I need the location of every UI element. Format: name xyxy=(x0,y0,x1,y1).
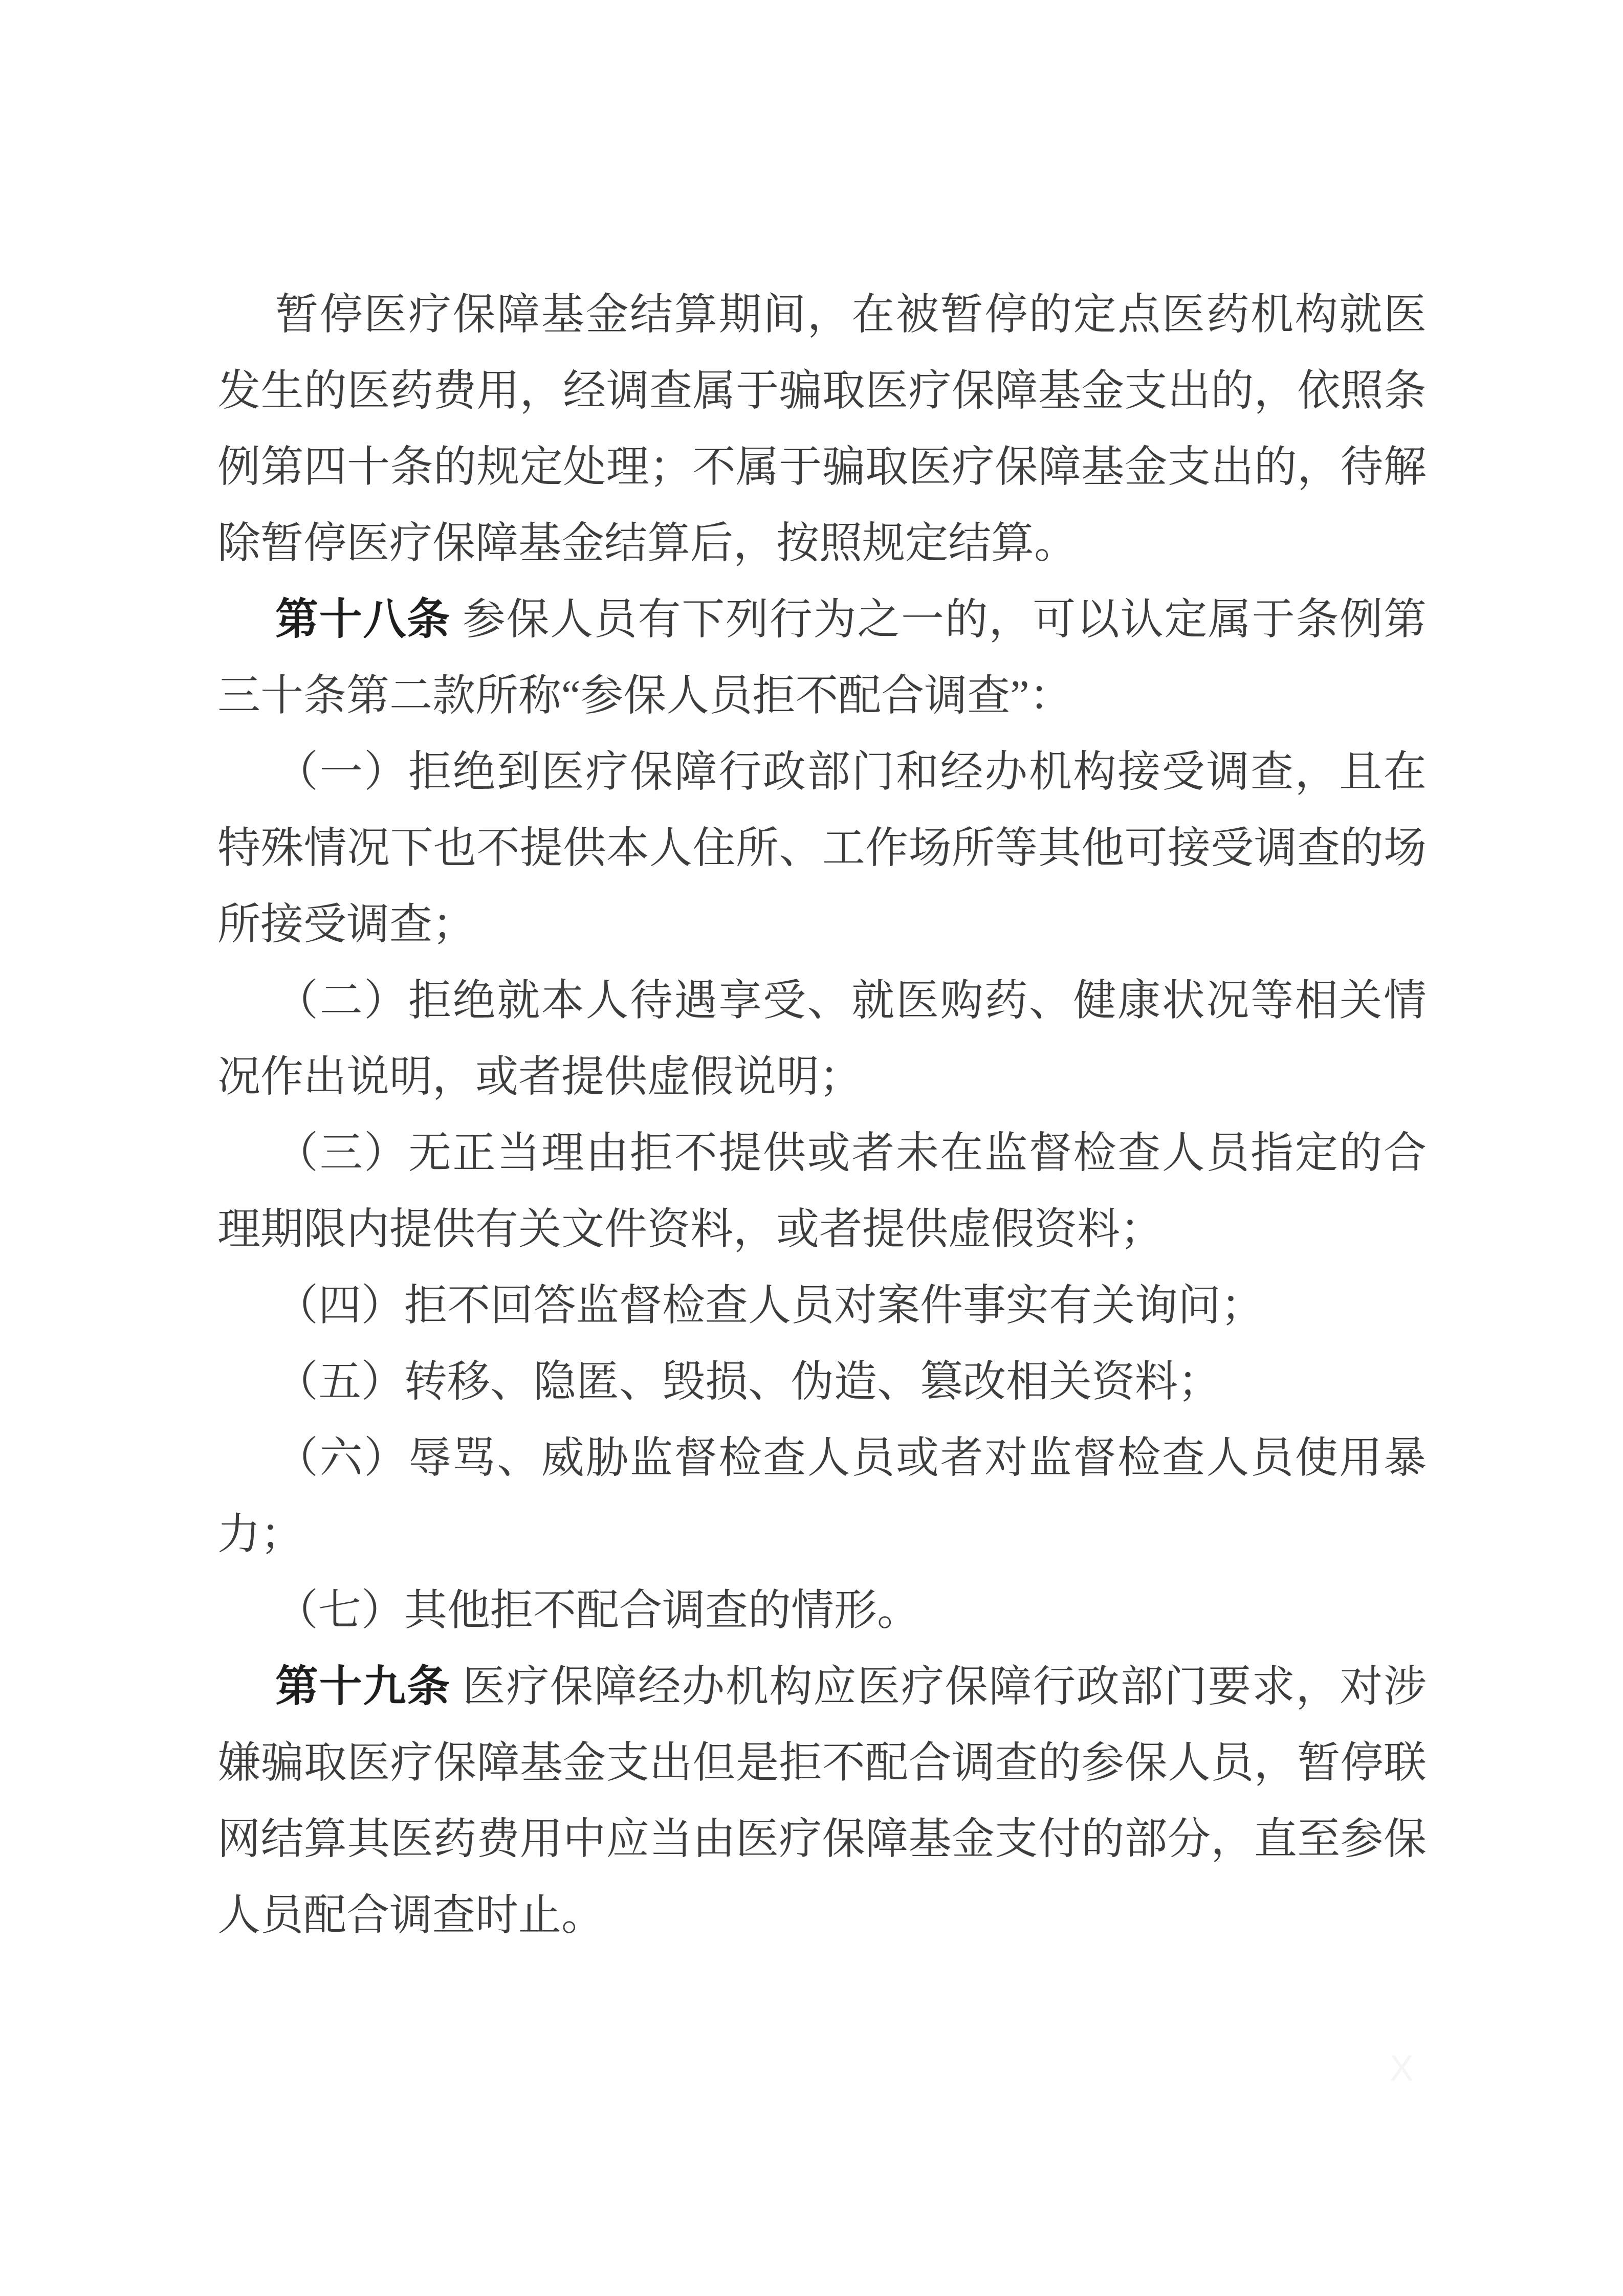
text-line: 例第四十条的规定处理；不属于骗取医疗保障基金支出的，待解 xyxy=(217,429,1427,505)
line-text: 参保人员有下列行为之一的，可以认定属于条例第 xyxy=(451,596,1427,644)
text-line: 三十条第二款所称“参保人员拒不配合调查”： xyxy=(217,658,1427,734)
text-line: （一）拒绝到医疗保障行政部门和经办机构接受调查，且在 xyxy=(217,734,1427,810)
text-line: 第十九条 医疗保障经办机构应医疗保障行政部门要求，对涉 xyxy=(217,1649,1427,1725)
text-line: 人员配合调查时止。 xyxy=(217,1878,1427,1954)
document-body: 暂停医疗保障基金结算期间，在被暂停的定点医药机构就医 发生的医药费用，经调查属于… xyxy=(217,277,1427,1954)
text-line: （三）无正当理由拒不提供或者未在监督检查人员指定的合 xyxy=(217,1115,1427,1191)
text-line: 除暂停医疗保障基金结算后，按照规定结算。 xyxy=(217,505,1427,582)
text-line: （二）拒绝就本人待遇享受、就医购药、健康状况等相关情 xyxy=(217,963,1427,1039)
text-line: 第十八条 参保人员有下列行为之一的，可以认定属于条例第 xyxy=(217,582,1427,658)
watermark-x: X xyxy=(1390,2050,1414,2086)
text-line: 暂停医疗保障基金结算期间，在被暂停的定点医药机构就医 xyxy=(217,277,1427,353)
text-line: 所接受调查； xyxy=(217,887,1427,963)
text-line: 况作出说明，或者提供虚假说明； xyxy=(217,1039,1427,1115)
text-line: 理期限内提供有关文件资料，或者提供虚假资料； xyxy=(217,1191,1427,1268)
article-number-18: 第十八条 xyxy=(275,596,451,644)
text-line: 力； xyxy=(217,1496,1427,1573)
line-text: 医疗保障经办机构应医疗保障行政部门要求，对涉 xyxy=(451,1663,1427,1711)
text-line: （四）拒不回答监督检查人员对案件事实有关询问； xyxy=(217,1268,1427,1344)
text-line: 嫌骗取医疗保障基金支出但是拒不配合调查的参保人员，暂停联 xyxy=(217,1725,1427,1801)
text-line: 特殊情况下也不提供本人住所、工作场所等其他可接受调查的场 xyxy=(217,810,1427,887)
article-number-19: 第十九条 xyxy=(275,1663,451,1711)
text-line: （七）其他拒不配合调查的情形。 xyxy=(217,1573,1427,1649)
text-line: 发生的医药费用，经调查属于骗取医疗保障基金支出的，依照条 xyxy=(217,353,1427,429)
text-line: 网结算其医药费用中应当由医疗保障基金支付的部分，直至参保 xyxy=(217,1801,1427,1878)
text-line: （六）辱骂、威胁监督检查人员或者对监督检查人员使用暴 xyxy=(217,1420,1427,1496)
text-line: （五）转移、隐匿、毁损、伪造、篡改相关资料； xyxy=(217,1344,1427,1420)
